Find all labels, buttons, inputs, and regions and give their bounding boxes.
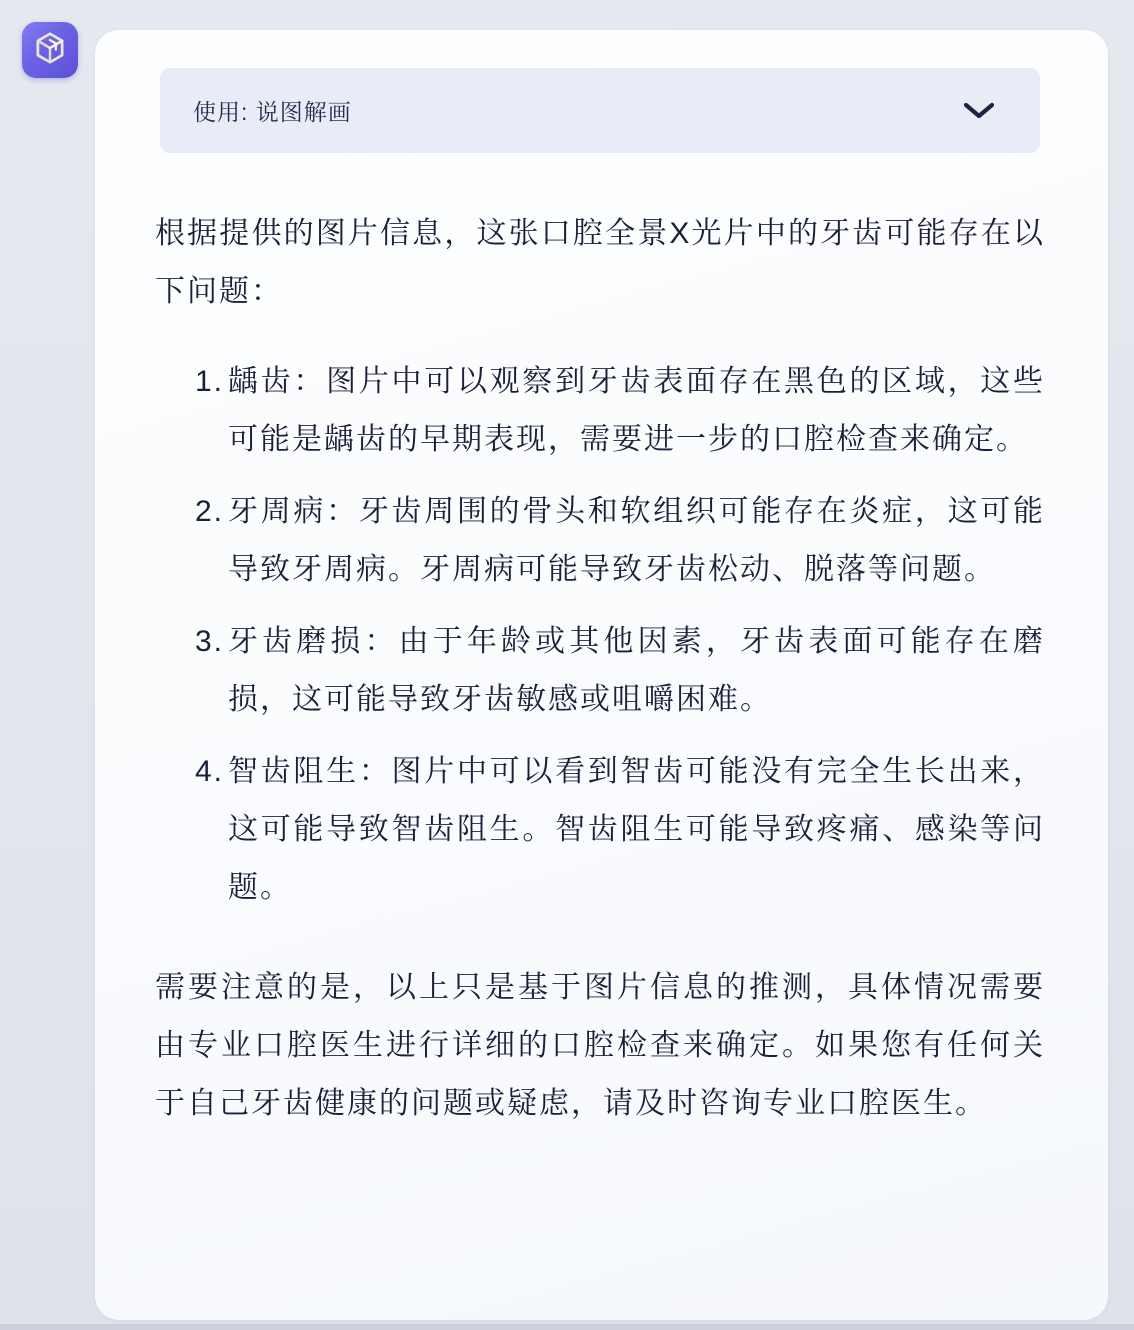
list-item-number: 2. — [195, 483, 228, 599]
list-item-text: 牙齿磨损：由于年龄或其他因素，牙齿表面可能存在磨损，这可能导致牙齿敏感或咀嚼困难… — [228, 613, 1045, 729]
chevron-down-icon — [963, 101, 995, 121]
plugin-used-label: 使用: 说图解画 — [193, 94, 352, 127]
list-item-number: 1. — [195, 353, 228, 469]
list-item: 2. 牙周病：牙齿周围的骨头和软组织可能存在炎症，这可能导致牙周病。牙周病可能导… — [195, 483, 1045, 599]
plugin-used-bar[interactable]: 使用: 说图解画 — [160, 68, 1040, 153]
assistant-avatar — [22, 22, 78, 78]
list-item-number: 4. — [195, 743, 228, 917]
list-item-text: 智齿阻生：图片中可以看到智齿可能没有完全生长出来，这可能导致智齿阻生。智齿阻生可… — [228, 743, 1045, 917]
list-item-text: 龋齿：图片中可以观察到牙齿表面存在黑色的区域，这些可能是龋齿的早期表现，需要进一… — [228, 353, 1045, 469]
message-intro-paragraph: 根据提供的图片信息，这张口腔全景X光片中的牙齿可能存在以下问题： — [155, 205, 1045, 321]
list-item-number: 3. — [195, 613, 228, 729]
message-outro-paragraph: 需要注意的是，以上只是基于图片信息的推测，具体情况需要由专业口腔医生进行详细的口… — [155, 959, 1045, 1133]
list-item: 1. 龋齿：图片中可以观察到牙齿表面存在黑色的区域，这些可能是龋齿的早期表现，需… — [195, 353, 1045, 469]
issues-list: 1. 龋齿：图片中可以观察到牙齿表面存在黑色的区域，这些可能是龋齿的早期表现，需… — [195, 353, 1045, 917]
list-item-text: 牙周病：牙齿周围的骨头和软组织可能存在炎症，这可能导致牙周病。牙周病可能导致牙齿… — [228, 483, 1045, 599]
list-item: 4. 智齿阻生：图片中可以看到智齿可能没有完全生长出来，这可能导致智齿阻生。智齿… — [195, 743, 1045, 917]
list-item: 3. 牙齿磨损：由于年龄或其他因素，牙齿表面可能存在磨损，这可能导致牙齿敏感或咀… — [195, 613, 1045, 729]
cube-hexagon-logo-icon — [31, 29, 69, 72]
bottom-edge-divider — [0, 1324, 1134, 1330]
assistant-message-card: 使用: 说图解画 根据提供的图片信息，这张口腔全景X光片中的牙齿可能存在以下问题… — [95, 30, 1108, 1320]
